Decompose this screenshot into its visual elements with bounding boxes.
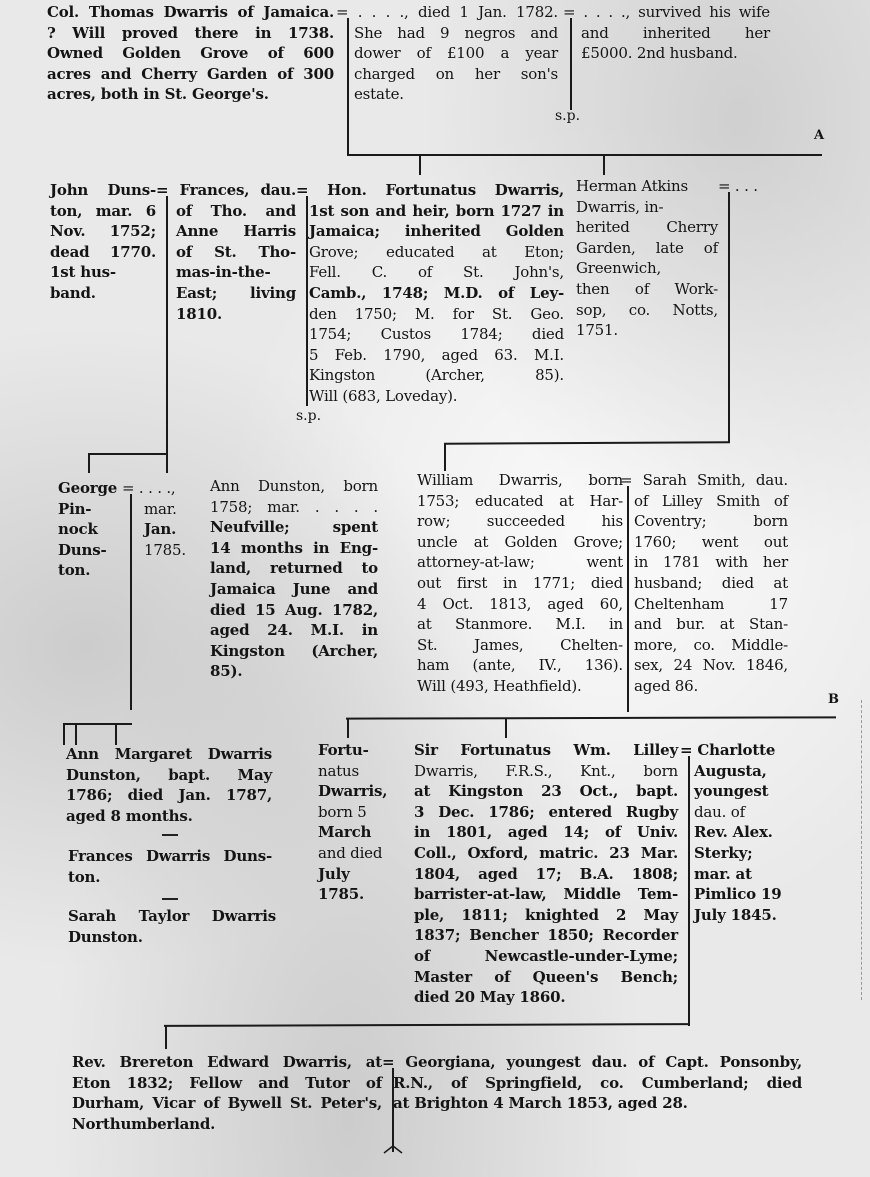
descent-child-2: [75, 723, 77, 745]
text-line: born 5: [318, 802, 402, 823]
text-line: Neufville; spent: [210, 517, 378, 538]
text-line: Dunston, bapt. May: [66, 765, 272, 786]
text-line: ? Will proved there in 1738.: [47, 23, 334, 44]
text-line: Pimlico 19: [680, 884, 792, 905]
frances-harris-entry: = Frances, dau. of Tho. and Anne Harris …: [156, 180, 296, 324]
text-line: uncle at Golden Grove;: [417, 532, 623, 553]
text-line: and died: [318, 843, 402, 864]
text-line: aged 8 months.: [66, 806, 272, 827]
marriage-line-herman: [728, 192, 730, 442]
text-line: July: [318, 864, 402, 885]
marriage-line-john-frances: [166, 196, 168, 456]
text-line: July 1845.: [680, 905, 792, 926]
text-line: Will (493, Heathfield).: [417, 676, 623, 697]
text-line: of Newcastle-under-Lyme;: [414, 946, 678, 967]
text-line: nock: [58, 519, 122, 540]
text-line: Kingston (Archer,: [210, 641, 378, 662]
text-line: then of Work-: [576, 279, 718, 300]
text-line: Frances Dwarris Duns-: [68, 846, 272, 867]
text-line: She had 9 negros and: [336, 23, 558, 44]
text-line: Sir Fortunatus Wm. Lilley: [414, 740, 678, 761]
text-line: = Georgiana, youngest dau. of Capt. Pons…: [382, 1052, 802, 1073]
descent-to-brereton: [165, 1025, 167, 1049]
text-line: 1751.: [576, 320, 718, 341]
descent-to-ann: [166, 453, 168, 473]
sp-note-2: s.p.: [296, 408, 321, 424]
marriage-line-1: [347, 18, 349, 156]
text-line: 1785.: [318, 884, 402, 905]
descent-to-herman: [603, 155, 605, 175]
text-line: 1st hus-: [50, 262, 156, 283]
text-line: died 15 Aug. 1782,: [210, 600, 378, 621]
text-line: Pin-: [58, 499, 122, 520]
text-line: dower of £100 a year: [336, 43, 558, 64]
wife-of-col-thomas-entry: = . . . ., died 1 Jan. 1782. She had 9 n…: [336, 2, 558, 105]
text-line: John Duns-: [50, 180, 156, 201]
text-line: Fortu-: [318, 740, 402, 761]
herman-wife-entry: = . . .: [718, 176, 798, 197]
text-line: Fell. C. of St. John's,: [296, 262, 564, 283]
text-line: of St. Tho-: [156, 242, 296, 263]
text-line: = Sarah Smith, dau.: [620, 470, 788, 491]
descent-to-sir-fortunatus: [505, 718, 507, 738]
text-line: Rev. Brereton Edward Dwarris, at: [72, 1052, 382, 1073]
text-line: St. James, Chelten-: [417, 635, 623, 656]
text-line: 1837; Bencher 1850; Recorder: [414, 925, 678, 946]
text-line: more, co. Middle-: [620, 635, 788, 656]
text-line: aged 86.: [620, 676, 788, 697]
fortunatus-dwarris-jr-entry: Fortu- natus Dwarris, born 5 March and d…: [318, 740, 402, 905]
text-line: William Dwarris, born: [417, 470, 623, 491]
text-line: in 1801, aged 14; of Univ.: [414, 822, 678, 843]
separator-dash-1: [162, 834, 178, 836]
text-line: at Kingston 23 Oct., bapt.: [414, 781, 678, 802]
text-line: of Tho. and: [156, 201, 296, 222]
georgiana-ponsonby-entry: = Georgiana, youngest dau. of Capt. Pons…: [382, 1052, 802, 1114]
text-line: 1785.: [122, 540, 202, 561]
text-line: 1753; educated at Har-: [417, 491, 623, 512]
text-line: dau. of: [680, 802, 792, 823]
text-line: March: [318, 822, 402, 843]
text-line: Cheltenham 17: [620, 594, 788, 615]
text-line: at Brighton 4 March 1853, aged 28.: [382, 1093, 802, 1114]
text-line: 14 months in Eng-: [210, 538, 378, 559]
text-line: 5 Feb. 1790, aged 63. M.I.: [296, 345, 564, 366]
separator-dash-2: [162, 898, 178, 900]
john-dunston-entry: John Duns- ton, mar. 6 Nov. 1752; dead 1…: [50, 180, 156, 304]
text-line: Will (683, Loveday).: [296, 386, 564, 407]
text-line: 85).: [210, 661, 378, 682]
text-line: = Frances, dau.: [156, 180, 296, 201]
text-line: 1804, aged 17; B.A. 1808;: [414, 864, 678, 885]
marriage-line-2: [570, 18, 572, 110]
text-line: estate.: [336, 84, 558, 105]
hon-fortunatus-dwarris-entry: = Hon. Fortunatus Dwarris, 1st son and h…: [296, 180, 564, 407]
marker-b: B: [828, 692, 839, 707]
text-line: Sarah Taylor Dwarris: [68, 906, 276, 927]
text-line: in 1781 with her: [620, 552, 788, 573]
sir-fortunatus-wm-lilley-dwarris-entry: Sir Fortunatus Wm. Lilley Dwarris, F.R.S…: [414, 740, 678, 1008]
rev-brereton-edward-dwarris-entry: Rev. Brereton Edward Dwarris, at Eton 18…: [72, 1052, 382, 1134]
text-line: Jan.: [122, 519, 202, 540]
text-line: £5000. 2nd husband.: [563, 43, 770, 64]
text-line: Jamaica June and: [210, 579, 378, 600]
text-line: barrister-at-law, Middle Tem-: [414, 884, 678, 905]
text-line: aged 24. M.I. in: [210, 620, 378, 641]
marriage-line-sir-fortunatus: [688, 756, 690, 1026]
marriage-line-william-sarah: [627, 486, 629, 712]
william-dwarris-entry: William Dwarris, born 1753; educated at …: [417, 470, 623, 697]
torn-page-edge: [861, 700, 864, 1000]
text-line: acres, both in St. George's.: [47, 84, 334, 105]
herman-atkins-dwarris-entry: Herman Atkins Dwarris, in- herited Cherr…: [576, 176, 718, 341]
text-line: out first in 1771; died: [417, 573, 623, 594]
text-line: Ann Margaret Dwarris: [66, 744, 272, 765]
text-line: Kingston (Archer, 85).: [296, 365, 564, 386]
text-line: Dunston.: [68, 927, 276, 948]
issue-arrow-icon: [382, 1136, 404, 1154]
text-line: charged on her son's: [336, 64, 558, 85]
text-line: band.: [50, 283, 156, 304]
second-husband-entry: = . . . ., survived his wife and inherit…: [563, 2, 770, 64]
text-line: sop, co. Notts,: [576, 300, 718, 321]
text-line: Augusta,: [680, 761, 792, 782]
marriage-line-frances-fortunatus: [306, 196, 308, 406]
sarah-smith-entry: = Sarah Smith, dau. of Lilley Smith of C…: [620, 470, 788, 697]
charlotte-augusta-sterky-entry: = Charlotte Augusta, youngest dau. of Re…: [680, 740, 792, 925]
descent-child-1: [63, 723, 65, 745]
text-line: Grove; educated at Eton;: [296, 242, 564, 263]
text-line: dead 1770.: [50, 242, 156, 263]
sir-fortunatus-children-line: [164, 1023, 690, 1027]
text-line: ton.: [58, 560, 122, 581]
text-line: natus: [318, 761, 402, 782]
text-line: Herman Atkins: [576, 176, 718, 197]
text-line: = . . . ., died 1 Jan. 1782.: [336, 2, 558, 23]
text-line: Northumberland.: [72, 1114, 382, 1135]
text-line: attorney-at-law; went: [417, 552, 623, 573]
text-line: ton, mar. 6: [50, 201, 156, 222]
text-line: ton.: [68, 867, 272, 888]
text-line: Durham, Vicar of Bywell St. Peter's,: [72, 1093, 382, 1114]
descent-to-fortunatus-jr: [347, 718, 349, 738]
text-line: 1st son and heir, born 1727 in: [296, 201, 564, 222]
text-line: R.N., of Springfield, co. Cumberland; di…: [382, 1073, 802, 1094]
descent-to-william: [444, 443, 446, 471]
text-line: Eton 1832; Fellow and Tutor of: [72, 1073, 382, 1094]
text-line: Dwarris, in-: [576, 197, 718, 218]
text-line: Ann Dunston, born: [210, 476, 378, 497]
text-line: Nov. 1752;: [50, 221, 156, 242]
text-line: Jamaica; inherited Golden: [296, 221, 564, 242]
dunston-children-line: [88, 453, 168, 455]
text-line: Coventry; born: [620, 511, 788, 532]
george-children-line: [63, 723, 132, 725]
text-line: = . . .: [718, 176, 798, 197]
text-line: Sterky;: [680, 843, 792, 864]
text-line: Anne Harris: [156, 221, 296, 242]
text-line: Dwarris,: [318, 781, 402, 802]
text-line: ple, 1811; knighted 2 May: [414, 905, 678, 926]
text-line: mar. at: [680, 864, 792, 885]
text-line: mas-in-the-: [156, 262, 296, 283]
text-line: and inherited her: [563, 23, 770, 44]
text-line: at Stanmore. M.I. in: [417, 614, 623, 635]
marriage-line-george: [130, 494, 132, 710]
sp-note-1: s.p.: [555, 108, 580, 124]
text-line: row; succeeded his: [417, 511, 623, 532]
text-line: Coll., Oxford, matric. 23 Mar.: [414, 843, 678, 864]
text-line: Garden, late of: [576, 238, 718, 259]
descent-to-fortunatus: [419, 155, 421, 175]
text-line: sex, 24 Nov. 1846,: [620, 655, 788, 676]
text-line: Greenwich,: [576, 258, 718, 279]
descent-to-george: [88, 453, 90, 473]
text-line: Dwarris, F.R.S., Knt., born: [414, 761, 678, 782]
george-pinnock-dunston-entry: George Pin- nock Duns- ton.: [58, 478, 122, 581]
text-line: 1758; mar. . . . .: [210, 497, 378, 518]
text-line: = . . . .,: [122, 478, 202, 499]
text-line: = . . . ., survived his wife: [563, 2, 770, 23]
herman-children-line: [444, 441, 730, 444]
text-line: = Charlotte: [680, 740, 792, 761]
text-line: Master of Queen's Bench;: [414, 967, 678, 988]
text-line: 4 Oct. 1813, aged 60,: [417, 594, 623, 615]
text-line: 1754; Custos 1784; died: [296, 324, 564, 345]
text-line: 1786; died Jan. 1787,: [66, 785, 272, 806]
text-line: den 1750; M. for St. Geo.: [296, 304, 564, 325]
text-line: of Lilley Smith of: [620, 491, 788, 512]
text-line: mar.: [122, 499, 202, 520]
frances-dwarris-dunston-entry: Frances Dwarris Duns- ton.: [68, 846, 272, 887]
text-line: Rev. Alex.: [680, 822, 792, 843]
text-line: land, returned to: [210, 558, 378, 579]
marker-a: A: [814, 128, 824, 143]
text-line: youngest: [680, 781, 792, 802]
text-line: George: [58, 478, 122, 499]
sarah-taylor-dwarris-dunston-entry: Sarah Taylor Dwarris Dunston.: [68, 906, 276, 947]
text-line: 3 Dec. 1786; entered Rugby: [414, 802, 678, 823]
text-line: acres and Cherry Garden of 300: [47, 64, 334, 85]
text-line: 1760; went out: [620, 532, 788, 553]
text-line: Col. Thomas Dwarris of Jamaica.: [47, 2, 334, 23]
text-line: Camb., 1748; M.D. of Ley-: [296, 283, 564, 304]
george-wife-entry: = . . . ., mar. Jan. 1785.: [122, 478, 202, 560]
text-line: and bur. at Stan-: [620, 614, 788, 635]
text-line: = Hon. Fortunatus Dwarris,: [296, 180, 564, 201]
col-thomas-dwarris-entry: Col. Thomas Dwarris of Jamaica. ? Will p…: [47, 2, 334, 105]
text-line: ham (ante, IV., 136).: [417, 655, 623, 676]
text-line: Owned Golden Grove of 600: [47, 43, 334, 64]
william-children-line: [346, 716, 836, 719]
text-line: Duns-: [58, 540, 122, 561]
ann-dunston-entry: Ann Dunston, born 1758; mar. . . . . Neu…: [210, 476, 378, 682]
text-line: died 20 May 1860.: [414, 987, 678, 1008]
text-line: East; living: [156, 283, 296, 304]
text-line: husband; died at: [620, 573, 788, 594]
descent-child-3: [115, 723, 117, 745]
ann-margaret-dwarris-dunston-entry: Ann Margaret Dwarris Dunston, bapt. May …: [66, 744, 272, 826]
text-line: herited Cherry: [576, 217, 718, 238]
text-line: 1810.: [156, 304, 296, 325]
